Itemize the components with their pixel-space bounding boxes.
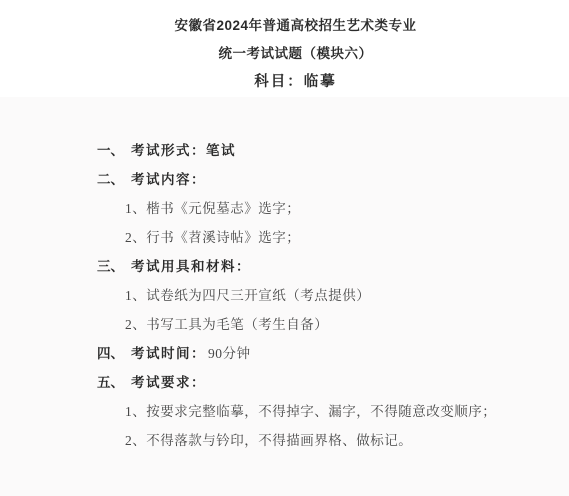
exam-paper-page: 安徽省2024年普通高校招生艺术类专业 统一考试试题（模块六） 科目：临摹 一、… [0, 0, 569, 496]
section-2-item-1: 1、楷书《元倪墓志》选字； [125, 192, 569, 221]
document-subject: 科目：临摹 [11, 69, 569, 97]
section-1-title: 考试形式：笔试 [131, 139, 236, 159]
section-5-heading: 五、 考试要求： [97, 366, 569, 395]
section-5-number: 五、 [97, 371, 124, 391]
section-2-item-2: 2、行书《苕溪诗帖》选字； [125, 221, 569, 250]
section-3-title: 考试用具和材料： [131, 255, 251, 275]
section-1-number: 一、 [97, 139, 124, 159]
section-5-item-2: 2、不得落款与钤印，不得描画界格、做标记。 [125, 424, 569, 453]
section-3-number: 三、 [97, 255, 124, 275]
section-2-heading: 二、 考试内容： [97, 163, 569, 192]
document-header: 安徽省2024年普通高校招生艺术类专业 统一考试试题（模块六） 科目：临摹 [11, 0, 569, 97]
document-body: 一、 考试形式：笔试 二、 考试内容： 1、楷书《元倪墓志》选字； 2、行书《苕… [0, 134, 569, 453]
section-3-heading: 三、 考试用具和材料： [97, 250, 569, 279]
document-title-line1: 安徽省2024年普通高校招生艺术类专业 [11, 13, 569, 41]
section-4-heading: 四、 考试时间： 90分钟 [97, 337, 569, 366]
section-4-title: 考试时间： [131, 342, 206, 362]
document-title-line2: 统一考试试题（模块六） [11, 41, 569, 69]
section-1-heading: 一、 考试形式：笔试 [97, 134, 569, 163]
section-5-item-1: 1、按要求完整临摹，不得掉字、漏字，不得随意改变顺序； [125, 395, 569, 424]
section-3-item-1: 1、试卷纸为四尺三开宣纸（考点提供） [125, 279, 569, 308]
section-4-number: 四、 [97, 342, 124, 362]
section-4-value: 90分钟 [208, 342, 251, 362]
section-2-number: 二、 [97, 168, 124, 188]
section-5-title: 考试要求： [131, 371, 206, 391]
section-2-title: 考试内容： [131, 168, 206, 188]
section-3-item-2: 2、书写工具为毛笔（考生自备） [125, 308, 569, 337]
title-band: 安徽省2024年普通高校招生艺术类专业 统一考试试题（模块六） 科目：临摹 [0, 0, 569, 97]
